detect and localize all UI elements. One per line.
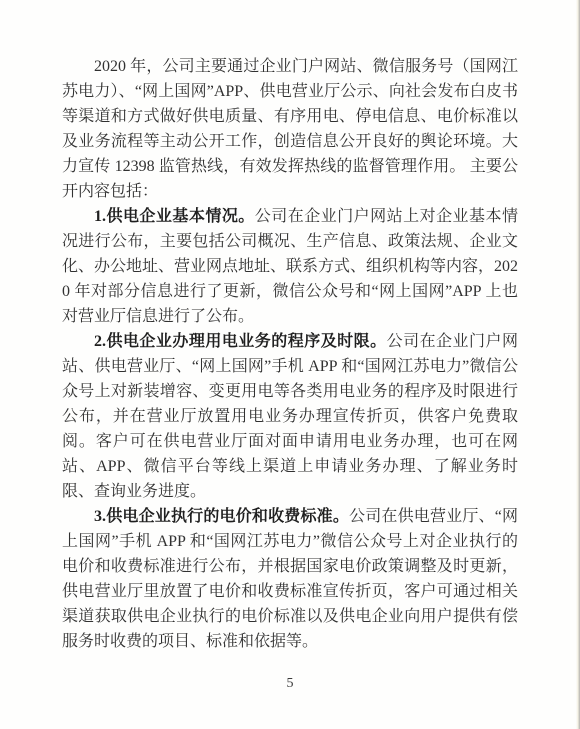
paragraph-text: 公司在供电营业厅、“网上国网”手机 APP 和“国网江苏电力”微信公众号上对企业…: [62, 508, 518, 650]
paragraph-lead: 2.供电企业办理用电业务的程序及时限。: [94, 333, 387, 350]
paragraph-text: 公司在企业门户网站上对企业基本情况进行公布，主要包括公司概况、生产信息、政策法规…: [62, 208, 518, 325]
paragraph-lead: 1.供电企业基本情况。: [94, 208, 255, 225]
paragraph-intro: 2020 年，公司主要通过企业门户网站、微信服务号（国网江苏电力）、“网上国网”…: [62, 54, 518, 204]
document-page: 2020 年，公司主要通过企业门户网站、微信服务号（国网江苏电力）、“网上国网”…: [0, 0, 580, 729]
paragraph-text: 公司在企业门户网站、供电营业厅、“网上国网”手机 APP 和“国网江苏电力”微信…: [62, 333, 518, 500]
paragraph-lead: 3.供电企业执行的电价和收费标准。: [94, 508, 349, 525]
paragraph-section-1: 1.供电企业基本情况。公司在企业门户网站上对企业基本情况进行公布，主要包括公司概…: [62, 204, 518, 329]
scan-edge-artifact: [576, 0, 580, 729]
page-content: 2020 年，公司主要通过企业门户网站、微信服务号（国网江苏电力）、“网上国网”…: [62, 54, 518, 654]
paragraph-section-3: 3.供电企业执行的电价和收费标准。公司在供电营业厅、“网上国网”手机 APP 和…: [62, 504, 518, 654]
paragraph-text: 2020 年，公司主要通过企业门户网站、微信服务号（国网江苏电力）、“网上国网”…: [62, 58, 518, 200]
paragraph-section-2: 2.供电企业办理用电业务的程序及时限。公司在企业门户网站、供电营业厅、“网上国网…: [62, 329, 518, 504]
page-number: 5: [0, 676, 580, 692]
